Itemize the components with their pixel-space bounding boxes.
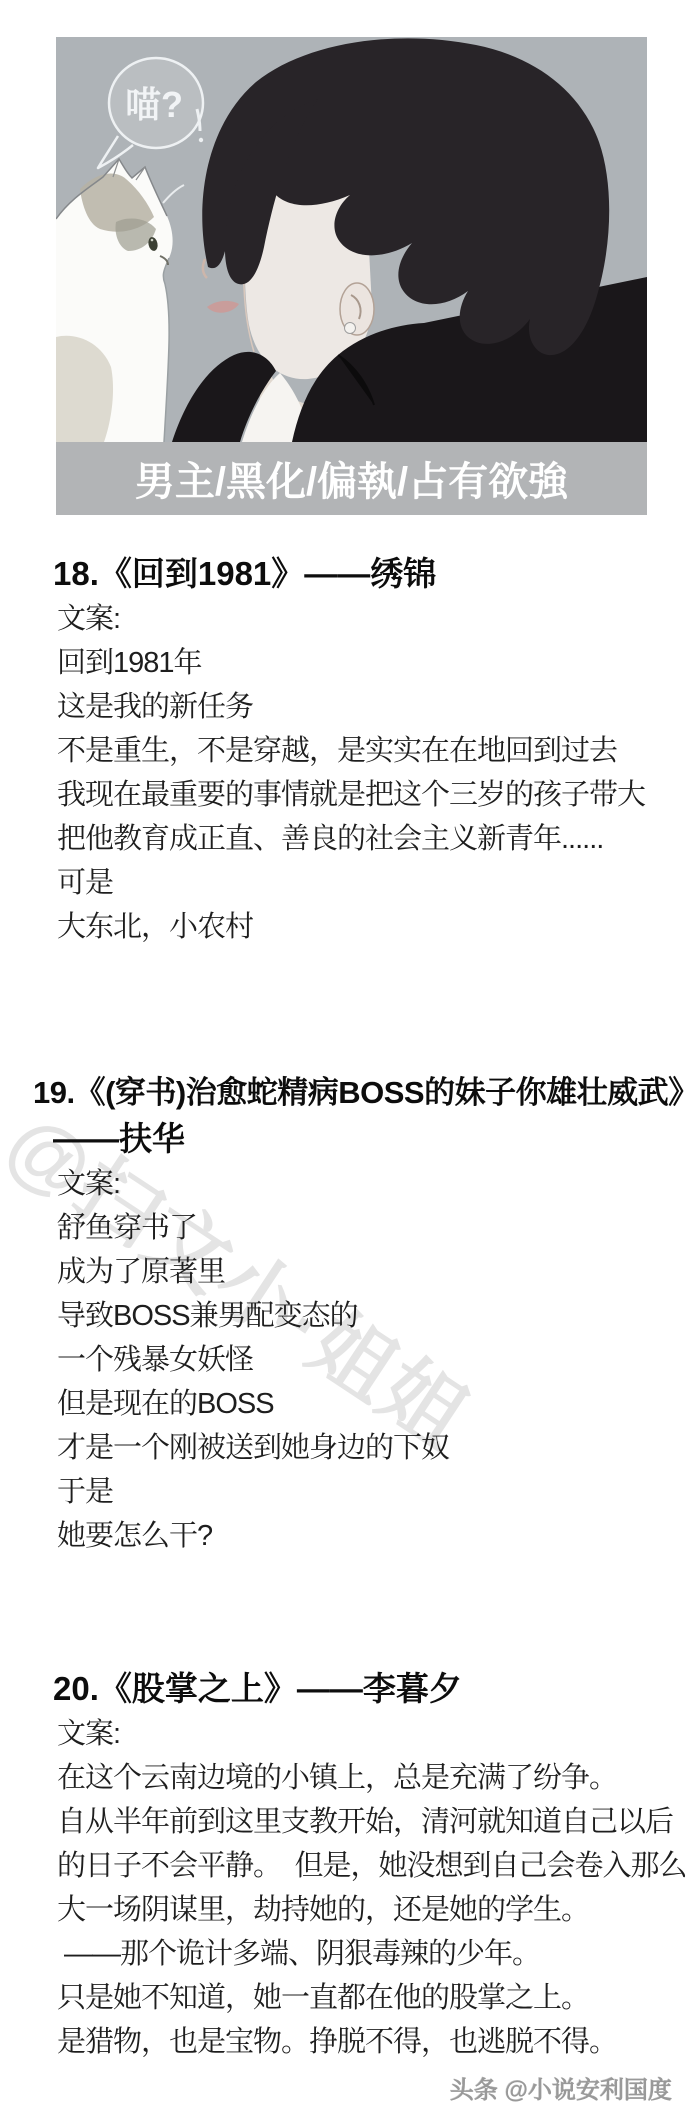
white-cat	[56, 159, 184, 442]
book-author: ——扶华	[53, 1116, 673, 1162]
book-title: 19.《(穿书)治愈蛇精病BOSS的妹子你雄壮威武》	[33, 1070, 673, 1116]
body-line: 把他教育成正直、善良的社会主义新青年......	[57, 817, 673, 861]
body-line: 我现在最重要的事情就是把这个三岁的孩子带大	[57, 773, 673, 817]
body-line: 文案:	[57, 597, 673, 641]
body-line: 文案:	[57, 1712, 673, 1756]
caption-band: 男主/黑化/偏執/占有欲強	[56, 442, 647, 515]
speech-bubble-text: 喵?	[125, 84, 183, 125]
body-line: 大一场阴谋里，劫持她的，还是她的学生。	[57, 1888, 673, 1932]
body-line: ——那个诡计多端、阴狠毒辣的少年。	[57, 1932, 673, 1976]
book-title: 18.《回到1981》——绣锦	[53, 551, 673, 597]
body-line: 回到1981年	[57, 641, 673, 685]
body-line: 她要怎么干?	[57, 1514, 673, 1558]
body-line: 一个残暴女妖怪	[57, 1338, 673, 1382]
body-line: 成为了原著里	[57, 1250, 673, 1294]
body-line: 是猎物，也是宝物。挣脱不得，也逃脱不得。	[57, 2020, 673, 2064]
book-section-19: 19.《(穿书)治愈蛇精病BOSS的妹子你雄壮威武》 ——扶华 文案: 舒鱼穿书…	[57, 1070, 673, 1558]
post-page: 喵?	[0, 0, 690, 2112]
body-line: 只是她不知道，她一直都在他的股掌之上。	[57, 1976, 673, 2020]
book-section-20: 20.《股掌之上》——李暮夕 文案: 在这个云南边境的小镇上，总是充满了纷争。 …	[57, 1666, 673, 2064]
pearl-earring	[345, 323, 356, 334]
body-line: 的日子不会平静。 但是，她没想到自己会卷入那么	[57, 1844, 673, 1888]
body-line: 但是现在的BOSS	[57, 1382, 673, 1426]
body-line: 才是一个刚被送到她身边的下奴	[57, 1426, 673, 1470]
body-line: 这是我的新任务	[57, 685, 673, 729]
body-line: 舒鱼穿书了	[57, 1206, 673, 1250]
body-line: 在这个云南边境的小镇上，总是充满了纷争。	[57, 1756, 673, 1800]
body-line: 文案:	[57, 1162, 673, 1206]
cat-and-man-illustration: 喵?	[56, 37, 647, 442]
body-line: 可是	[57, 861, 673, 905]
body-line: 不是重生，不是穿越，是实实在在地回到过去	[57, 729, 673, 773]
body-line: 大东北，小农村	[57, 905, 673, 949]
body-line: 导致BOSS兼男配变态的	[57, 1294, 673, 1338]
body-line: 于是	[57, 1470, 673, 1514]
toutiao-credit: 头条 @小说安利国度	[450, 2070, 672, 2105]
body-line: 自从半年前到这里支教开始，清河就知道自己以后	[57, 1800, 673, 1844]
hero-illustration: 喵?	[56, 37, 647, 515]
book-section-18: 18.《回到1981》——绣锦 文案: 回到1981年 这是我的新任务 不是重生…	[57, 551, 673, 949]
hero-caption: 男主/黑化/偏執/占有欲強	[135, 450, 568, 507]
book-title: 20.《股掌之上》——李暮夕	[53, 1666, 673, 1712]
